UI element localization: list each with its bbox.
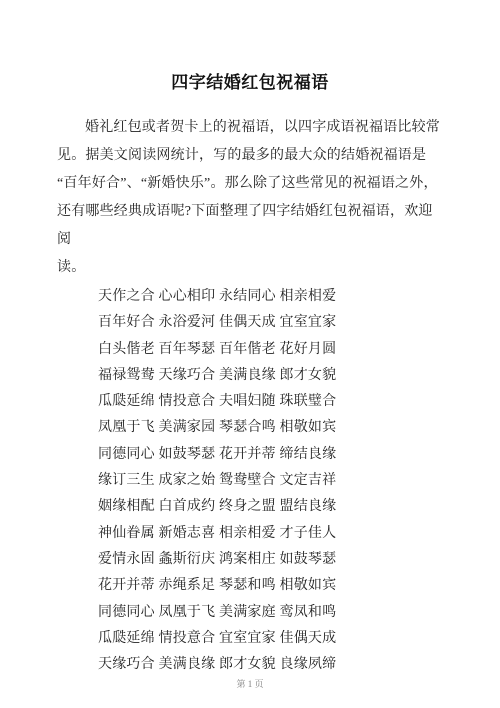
paragraph-line: “百年好合”、“新婚快乐”。那么除了这些常见的祝福语之外，	[57, 170, 443, 198]
phrase-row: 福禄鸳鸯 天缘巧合 美满良缘 郎才女貌	[98, 363, 443, 389]
phrase-row: 同德同心 凤凰于飞 美满家庭 鸾凤和鸣	[98, 600, 443, 626]
document-title: 四字结婚红包祝福语	[57, 70, 443, 96]
page-footer: 第 1 页	[57, 678, 443, 690]
document-page: 四字结婚红包祝福语 婚礼红包或者贺卡上的祝福语，以四字成语祝福语比较常见。据美文…	[0, 0, 500, 708]
phrase-row: 百年好合 永浴爱河 佳偶天成 宜室宜家	[98, 310, 443, 336]
phrase-row: 同德同心 如鼓琴瑟 花开并蒂 缔结良缘	[98, 442, 443, 468]
phrase-row: 天缘巧合 美满良缘 郎才女貌 良缘夙缔	[98, 652, 443, 678]
phrase-row: 瓜瓞延绵 情投意合 宜室宜家 佳偶天成	[98, 626, 443, 652]
intro-paragraph: 婚礼红包或者贺卡上的祝福语，以四字成语祝福语比较常见。据美文阅读网统计，写的最多…	[57, 114, 443, 282]
paragraph-line: 读。	[57, 254, 443, 282]
phrase-row: 爱情永固 螽斯衍庆 鸿案相庄 如鼓琴瑟	[98, 547, 443, 573]
phrase-row: 缘订三生 成家之始 鸳鸯壁合 文定吉祥	[98, 468, 443, 494]
phrase-row: 天作之合 心心相印 永结同心 相亲相爱	[98, 284, 443, 310]
phrase-row: 姻缘相配 白首成约 终身之盟 盟结良缘	[98, 494, 443, 520]
phrase-row: 凤凰于飞 美满家园 琴瑟合鸣 相敬如宾	[98, 415, 443, 441]
phrase-row: 花开并蒂 赤绳系足 琴瑟和鸣 相敬如宾	[98, 573, 443, 599]
phrase-list: 天作之合 心心相印 永结同心 相亲相爱百年好合 永浴爱河 佳偶天成 宜室宜家白头…	[98, 284, 443, 678]
paragraph-line: 还有哪些经典成语呢?下面整理了四字结婚红包祝福语，欢迎阅	[57, 198, 443, 254]
page-number: 第 1 页	[236, 679, 263, 689]
paragraph-line: 婚礼红包或者贺卡上的祝福语，以四字成语祝福语比较常	[57, 114, 443, 142]
paragraph-line: 见。据美文阅读网统计，写的最多的最大众的结婚祝福语是	[57, 142, 443, 170]
phrase-row: 白头偕老 百年琴瑟 百年偕老 花好月圆	[98, 337, 443, 363]
phrase-row: 瓜瓞延绵 情投意合 夫唱妇随 珠联璧合	[98, 389, 443, 415]
phrase-row: 神仙眷属 新婚志喜 相亲相爱 才子佳人	[98, 521, 443, 547]
